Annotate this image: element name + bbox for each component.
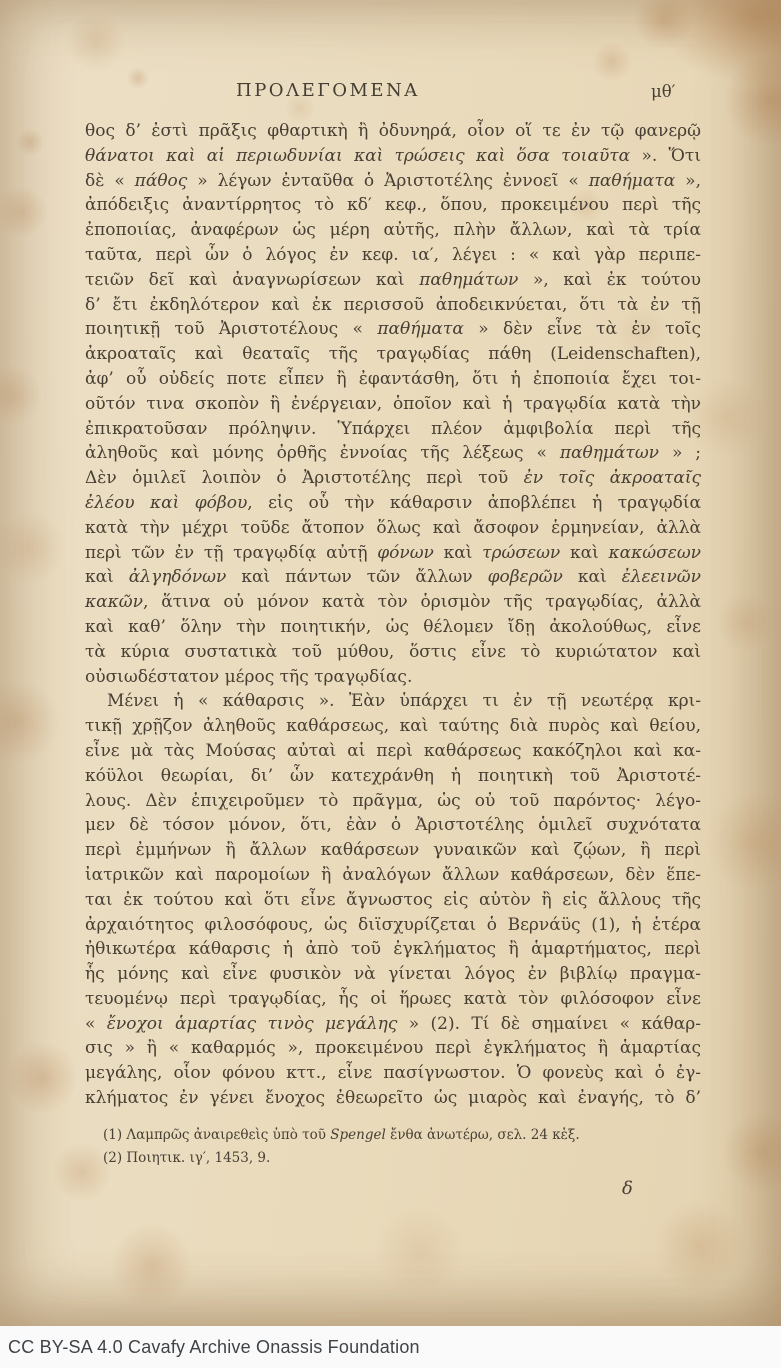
text-line: λους. Δὲν ἐπιχειροῦμεν τὸ πρᾶγμα, ὡς οὐ … bbox=[85, 789, 701, 814]
text-line: τειῶν δεῖ καὶ ἀναγνωρίσεων καὶ παθημάτων… bbox=[85, 268, 701, 293]
page-number: μθ′ bbox=[651, 82, 675, 101]
text-segment: « bbox=[85, 1014, 107, 1034]
emphasized-text: ἐλεεινῶν bbox=[622, 567, 701, 587]
text-line: θος δ’ ἐστὶ πρᾶξις φθαρτικὴ ἢ ὀδυνηρά, ο… bbox=[85, 119, 701, 144]
text-line: εἶνε μὰ τὰς Μούσας αὐταὶ αἱ περὶ καθάρσε… bbox=[85, 739, 701, 764]
text-segment: οὐσιωδέστατον μέρος τῆς τραγῳδίας. bbox=[85, 667, 412, 687]
text-line: οὐσιωδέστατον μέρος τῆς τραγῳδίας. bbox=[85, 665, 701, 690]
text-segment: ταῦτα, περὶ ὧν ὁ λόγος ἐν κεφ. ια′, λέγε… bbox=[85, 245, 701, 265]
text-line: τικῇ χρῇζον ἀληθοῦς καθάρσεως, καὶ ταύτη… bbox=[85, 714, 701, 739]
text-segment: περὶ ἐμμήνων ἢ ἄλλων καθάρσεων γυναικῶν … bbox=[85, 840, 701, 860]
text-line: δ’ ἔτι ἐκδηλότερον καὶ ἐκ περισσοῦ ἀποδε… bbox=[85, 293, 701, 318]
text-segment: » λέγων ἐνταῦθα ὁ Ἀριστοτέλης ἐννοεῖ « bbox=[187, 171, 588, 191]
text-line: ἐποποιίας, ἀναφέρων ὡς μέρη αὐτῆς, πλὴν … bbox=[85, 218, 701, 243]
text-segment: », bbox=[675, 171, 701, 191]
emphasized-text: ἐλέου καὶ φόβου bbox=[85, 493, 247, 513]
text-line: καὶ ἀλγηδόνων καὶ πάντων τῶν ἄλλων φοβερ… bbox=[85, 565, 701, 590]
text-segment: ἠθικωτέρα κάθαρσις ἡ ἀπὸ τοῦ ἐγκλήματος … bbox=[85, 939, 701, 959]
emphasized-text: Spengel bbox=[330, 1127, 386, 1143]
text-line: ἐλέου καὶ φόβου, εἰς οὗ τὴν κάθαρσιν ἀπο… bbox=[85, 491, 701, 516]
text-segment: οῦτόν τινα σκοπὸν ἢ ἐνέργειαν, ὁποῖον κα… bbox=[85, 394, 701, 414]
text-line: ἀφ’ οὗ οὐδείς ποτε εἶπεν ἢ ἐφαντάσθη, ὅτ… bbox=[85, 367, 701, 392]
text-line: ἀκροαταῖς καὶ θεαταῖς τῆς τραγῳδίας πάθη… bbox=[85, 342, 701, 367]
license-text: CC BY-SA 4.0 Cavafy Archive Onassis Foun… bbox=[8, 1337, 420, 1358]
text-line: ταῦτα, περὶ ὧν ὁ λόγος ἐν κεφ. ια′, λέγε… bbox=[85, 243, 701, 268]
text-line: ποιητικῇ τοῦ Ἀριστοτέλους « παθήματα » δ… bbox=[85, 317, 701, 342]
page-scan: ΠΡΟΛΕΓΟΜΕΝΑ μθ′ θος δ’ ἐστὶ πρᾶξις φθαρτ… bbox=[0, 0, 781, 1326]
scanned-book-page-view: ΠΡΟΛΕΓΟΜΕΝΑ μθ′ θος δ’ ἐστὶ πρᾶξις φθαρτ… bbox=[0, 0, 781, 1368]
text-segment: κλήματος ἐν γένει ἔνοχος ἐθεωρεῖτο ὡς μι… bbox=[85, 1088, 701, 1108]
emphasized-text: παθήματα bbox=[377, 319, 464, 339]
text-segment: ἀκροαταῖς καὶ θεαταῖς τῆς τραγῳδίας πάθη… bbox=[85, 344, 701, 364]
text-line: ἠθικωτέρα κάθαρσις ἡ ἀπὸ τοῦ ἐγκλήματος … bbox=[85, 937, 701, 962]
text-segment: θος δ’ ἐστὶ πρᾶξις φθαρτικὴ ἢ ὀδυνηρά, ο… bbox=[85, 121, 701, 141]
text-segment: τευομένῳ περὶ τραγῳδίας, ἧς οἱ ἥρωες κατ… bbox=[85, 989, 701, 1009]
text-segment: ἀφ’ οὗ οὐδείς ποτε εἶπεν ἢ ἐφαντάσθη, ὅτ… bbox=[85, 369, 701, 389]
license-bar: CC BY-SA 4.0 Cavafy Archive Onassis Foun… bbox=[0, 1326, 781, 1368]
emphasized-text: κακώσεων bbox=[608, 543, 701, 563]
text-line: καὶ καθ’ ὅλην τὴν ποιητικήν, ὡς θέλομεν … bbox=[85, 615, 701, 640]
text-segment: καὶ bbox=[563, 567, 622, 587]
text-line: περὶ τῶν ἐν τῇ τραγῳδίᾳ αὐτῇ φόνων καὶ τ… bbox=[85, 541, 701, 566]
text-line: (2) Ποιητικ. ιγ′, 1453, 9. bbox=[85, 1147, 701, 1170]
text-segment: ποιητικῇ τοῦ Ἀριστοτέλους « bbox=[85, 319, 377, 339]
text-segment: , ἅτινα οὐ μόνον κατὰ τὸν ὁρισμὸν τῆς τρ… bbox=[143, 592, 701, 612]
text-segment: μεγάλης, οἷον φόνου κττ., εἶνε πασίγνωστ… bbox=[85, 1063, 701, 1083]
text-segment: », καὶ ἐκ τούτου bbox=[518, 270, 701, 290]
text-segment: λους. Δὲν ἐπιχειροῦμεν τὸ πρᾶγμα, ὡς οὐ … bbox=[85, 791, 701, 811]
text-segment: Δὲν ὁμιλεῖ λοιπὸν ὁ Ἀριστοτέλης περὶ τοῦ bbox=[85, 468, 524, 488]
text-line: Δὲν ὁμιλεῖ λοιπὸν ὁ Ἀριστοτέλης περὶ τοῦ… bbox=[85, 466, 701, 491]
text-segment: ἐποποιίας, ἀναφέρων ὡς μέρη αὐτῆς, πλὴν … bbox=[85, 220, 701, 240]
body-text: θος δ’ ἐστὶ πρᾶξις φθαρτικὴ ἢ ὀδυνηρά, ο… bbox=[85, 119, 701, 1111]
text-segment: , εἰς οὗ τὴν κάθαρσιν ἀποβλέπει ἡ τραγῳδ… bbox=[247, 493, 701, 513]
text-segment: ἀρχαιότητος φιλοσόφους, ὡς διϊσχυρίζεται… bbox=[85, 915, 701, 935]
emphasized-text: παθημάτων bbox=[560, 443, 659, 463]
text-line: περὶ ἐμμήνων ἢ ἄλλων καθάρσεων γυναικῶν … bbox=[85, 838, 701, 863]
text-segment: μεν δὲ τόσον μόνον, ὅτι, ἐὰν ὁ Ἀριστοτέλ… bbox=[85, 815, 701, 835]
emphasized-text: φόνων bbox=[377, 543, 434, 563]
emphasized-text: κακῶν bbox=[85, 592, 143, 612]
text-line: ἀληθοῦς καὶ μόνης ὀρθῆς ἐννοίας τῆς λέξε… bbox=[85, 441, 701, 466]
text-line: κλήματος ἐν γένει ἔνοχος ἐθεωρεῖτο ὡς μι… bbox=[85, 1086, 701, 1111]
text-segment: καὶ bbox=[85, 567, 129, 587]
emphasized-text: παθήματα bbox=[589, 171, 676, 191]
text-segment: καὶ καθ’ ὅλην τὴν ποιητικήν, ὡς θέλομεν … bbox=[85, 617, 701, 637]
text-segment: καὶ πάντων τῶν ἄλλων bbox=[226, 567, 487, 587]
text-line: σις » ἢ « καθαρμός », προκειμένου περὶ ἐ… bbox=[85, 1036, 701, 1061]
text-segment: καὶ bbox=[560, 543, 608, 563]
text-segment: ». Ὅτι bbox=[630, 146, 701, 166]
text-segment: δ’ ἔτι ἐκδηλότερον καὶ ἐκ περισσοῦ ἀποδε… bbox=[85, 295, 701, 315]
text-line: ἀρχαιότητος φιλοσόφους, ὡς διϊσχυρίζεται… bbox=[85, 913, 701, 938]
text-line: κατὰ τὴν μέχρι τοῦδε ἄτοπον ὅλως καὶ ἄσο… bbox=[85, 516, 701, 541]
text-segment: ἀληθοῦς καὶ μόνης ὀρθῆς ἐννοίας τῆς λέξε… bbox=[85, 443, 560, 463]
emphasized-text: φοβερῶν bbox=[488, 567, 563, 587]
text-line: ἐπικρατοῦσαν πρόληψιν. Ὑπάρχει πλέον ἀμφ… bbox=[85, 417, 701, 442]
text-segment: δὲ « bbox=[85, 171, 135, 191]
text-line: « ἔνοχοι ἁμαρτίας τινὸς μεγάλης » (2). Τ… bbox=[85, 1012, 701, 1037]
text-segment: ἐπικρατοῦσαν πρόληψιν. Ὑπάρχει πλέον ἀμφ… bbox=[85, 419, 701, 439]
text-line: θάνατοι καὶ αἱ περιωδυνίαι καὶ τρώσεις κ… bbox=[85, 144, 701, 169]
signature-mark: δ bbox=[622, 1178, 633, 1199]
text-segment: (2) Ποιητικ. ιγ′, 1453, 9. bbox=[103, 1150, 270, 1166]
text-line: ἧς μόνης καὶ εἶνε φυσικὸν νὰ γίνεται λόγ… bbox=[85, 962, 701, 987]
text-line: ἰατρικῶν καὶ παρομοίων ἢ ἀναλόγων ἄλλων … bbox=[85, 863, 701, 888]
footnotes: (1) Λαμπρῶς ἀναιρεθεὶς ὑπὸ τοῦ Spengel ἔ… bbox=[85, 1124, 701, 1169]
text-segment: (1) Λαμπρῶς ἀναιρεθεὶς ὑπὸ τοῦ bbox=[103, 1127, 330, 1143]
text-line: ται ἐκ τούτου καὶ ὅτι εἶνε ἄγνωστος εἰς … bbox=[85, 888, 701, 913]
emphasized-text: ἐν τοῖς ἀκροαταῖς bbox=[524, 468, 701, 488]
text-segment: εἶνε μὰ τὰς Μούσας αὐταὶ αἱ περὶ καθάρσε… bbox=[85, 741, 701, 761]
text-line: μεν δὲ τόσον μόνον, ὅτι, ἐὰν ὁ Ἀριστοτέλ… bbox=[85, 813, 701, 838]
emphasized-text: θάνατοι καὶ αἱ περιωδυνίαι καὶ τρώσεις κ… bbox=[85, 146, 630, 166]
text-line: μεγάλης, οἷον φόνου κττ., εἶνε πασίγνωστ… bbox=[85, 1061, 701, 1086]
emphasized-text: ἔνοχοι ἁμαρτίας τινὸς μεγάλης bbox=[107, 1014, 398, 1034]
text-segment: » ; bbox=[659, 443, 701, 463]
text-segment: τὰ κύρια συστατικὰ τοῦ μύθου, ὅστις εἶνε… bbox=[85, 642, 701, 662]
text-segment: σις » ἢ « καθαρμός », προκειμένου περὶ ἐ… bbox=[85, 1038, 701, 1058]
text-line: δὲ « πάθος » λέγων ἐνταῦθα ὁ Ἀριστοτέλης… bbox=[85, 169, 701, 194]
text-segment: ἰατρικῶν καὶ παρομοίων ἢ ἀναλόγων ἄλλων … bbox=[85, 865, 701, 885]
text-segment: Μένει ἡ « κάθαρσις ». Ἐὰν ὑπάρχει τι ἐν … bbox=[107, 691, 701, 711]
text-line: κόϋλοι θεωρίαι, δι’ ὧν κατεχράνθη ἡ ποιη… bbox=[85, 764, 701, 789]
text-line: (1) Λαμπρῶς ἀναιρεθεὶς ὑπὸ τοῦ Spengel ἔ… bbox=[85, 1124, 701, 1147]
text-segment: » (2). Τί δὲ σημαίνει « κάθαρ- bbox=[397, 1014, 701, 1034]
text-segment: περὶ τῶν ἐν τῇ τραγῳδίᾳ αὐτῇ bbox=[85, 543, 377, 563]
text-segment: ἀπόδειξις ἀναντίρρητος τὸ κδ′ κεφ., ὅπου… bbox=[85, 195, 701, 215]
text-segment: τικῇ χρῇζον ἀληθοῦς καθάρσεως, καὶ ταύτη… bbox=[85, 716, 701, 736]
emphasized-text: τρώσεων bbox=[482, 543, 560, 563]
text-segment: » δὲν εἶνε τὰ ἐν τοῖς bbox=[464, 319, 701, 339]
text-line: κακῶν, ἅτινα οὐ μόνον κατὰ τὸν ὁρισμὸν τ… bbox=[85, 590, 701, 615]
text-line: Μένει ἡ « κάθαρσις ». Ἐὰν ὑπάρχει τι ἐν … bbox=[85, 689, 701, 714]
emphasized-text: παθημάτων bbox=[419, 270, 518, 290]
text-line: τευομένῳ περὶ τραγῳδίας, ἧς οἱ ἥρωες κατ… bbox=[85, 987, 701, 1012]
text-line: τὰ κύρια συστατικὰ τοῦ μύθου, ὅστις εἶνε… bbox=[85, 640, 701, 665]
emphasized-text: πάθος bbox=[135, 171, 188, 191]
text-segment: τειῶν δεῖ καὶ ἀναγνωρίσεων καὶ bbox=[85, 270, 419, 290]
text-segment: ἔνθα ἀνωτέρω, σελ. 24 κἑξ. bbox=[386, 1127, 580, 1143]
text-segment: κατὰ τὴν μέχρι τοῦδε ἄτοπον ὅλως καὶ ἄσο… bbox=[85, 518, 701, 538]
text-segment: ἧς μόνης καὶ εἶνε φυσικὸν νὰ γίνεται λόγ… bbox=[85, 964, 701, 984]
text-segment: κόϋλοι θεωρίαι, δι’ ὧν κατεχράνθη ἡ ποιη… bbox=[85, 766, 701, 786]
text-line: ἀπόδειξις ἀναντίρρητος τὸ κδ′ κεφ., ὅπου… bbox=[85, 193, 701, 218]
emphasized-text: ἀλγηδόνων bbox=[129, 567, 227, 587]
text-segment: ται ἐκ τούτου καὶ ὅτι εἶνε ἄγνωστος εἰς … bbox=[85, 890, 701, 910]
running-head-title: ΠΡΟΛΕΓΟΜΕΝΑ bbox=[236, 80, 420, 101]
text-segment: καὶ bbox=[434, 543, 482, 563]
text-line: οῦτόν τινα σκοπὸν ἢ ἐνέργειαν, ὁποῖον κα… bbox=[85, 392, 701, 417]
